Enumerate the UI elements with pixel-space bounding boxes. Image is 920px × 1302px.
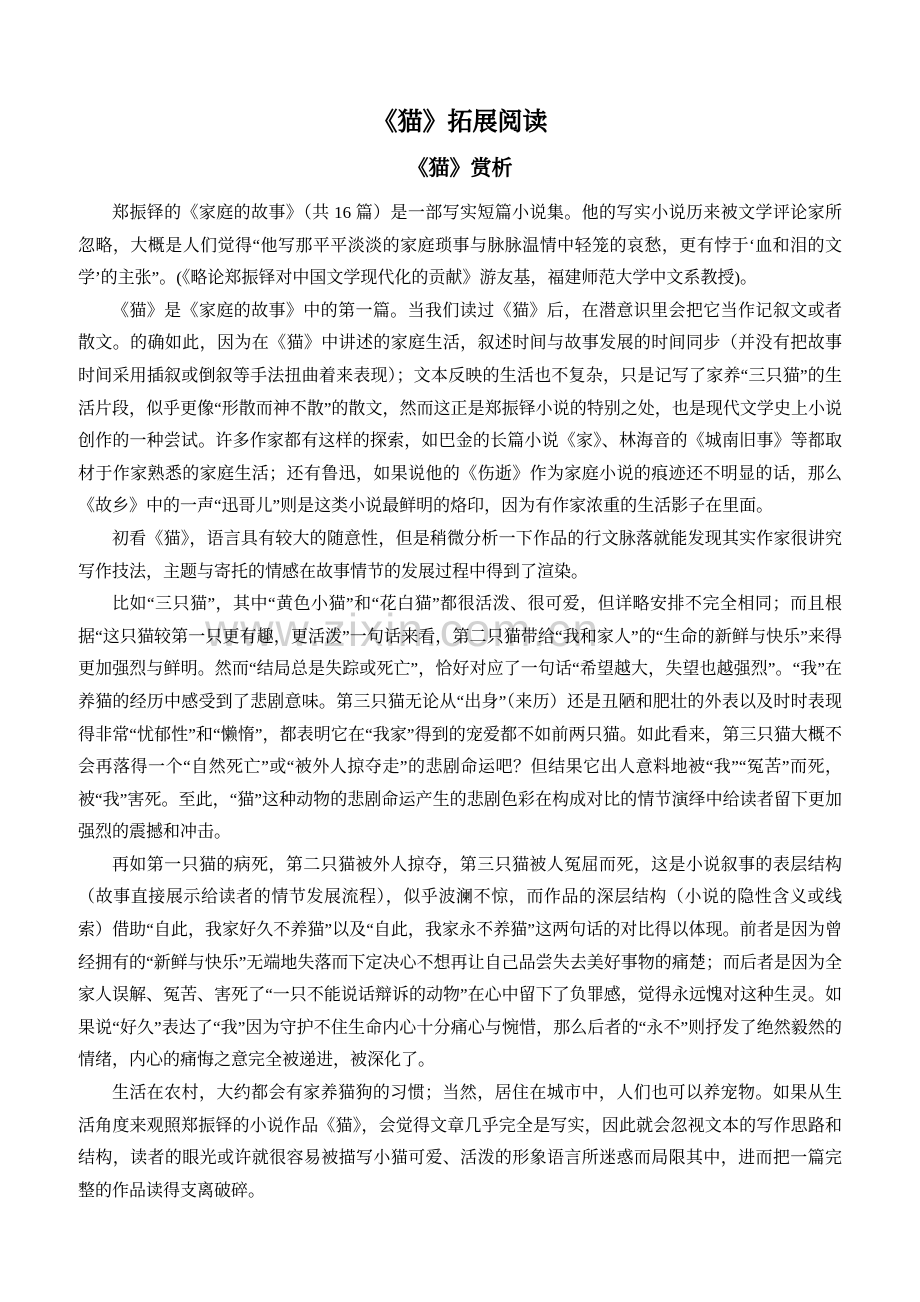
section-title: 《猫》赏析: [0, 148, 920, 188]
paragraph: 比如“三只猫”，其中“黄色小猫”和“花白猫”都很活泼、很可爱，但详略安排不完全相…: [78, 588, 842, 849]
document-page: www.zixin.com.cn 《猫》拓展阅读 《猫》赏析 郑振铎的《家庭的故…: [0, 0, 920, 1302]
document-content: 《猫》拓展阅读 《猫》赏析 郑振铎的《家庭的故事》（共 16 篇）是一部写实短篇…: [0, 0, 920, 1207]
paragraph: 《猫》是《家庭的故事》中的第一篇。当我们读过《猫》后，在潜意识里会把它当作记叙文…: [78, 295, 842, 523]
paragraph: 郑振铎的《家庭的故事》（共 16 篇）是一部写实短篇小说集。他的写实小说历来被文…: [78, 197, 842, 295]
paragraph: 再如第一只猫的病死，第二只猫被外人掠夺，第三只猫被人冤屈而死，这是小说叙事的表层…: [78, 849, 842, 1077]
paragraph: 初看《猫》，语言具有较大的随意性，但是稍微分析一下作品的行文脉落就能发现其实作家…: [78, 523, 842, 588]
body-paragraphs: 郑振铎的《家庭的故事》（共 16 篇）是一部写实短篇小说集。他的写实小说历来被文…: [78, 197, 842, 1207]
paragraph: 生活在农村，大约都会有家养猫狗的习惯；当然，居住在城市中，人们也可以养宠物。如果…: [78, 1077, 842, 1207]
page-title: 《猫》拓展阅读: [0, 103, 920, 143]
